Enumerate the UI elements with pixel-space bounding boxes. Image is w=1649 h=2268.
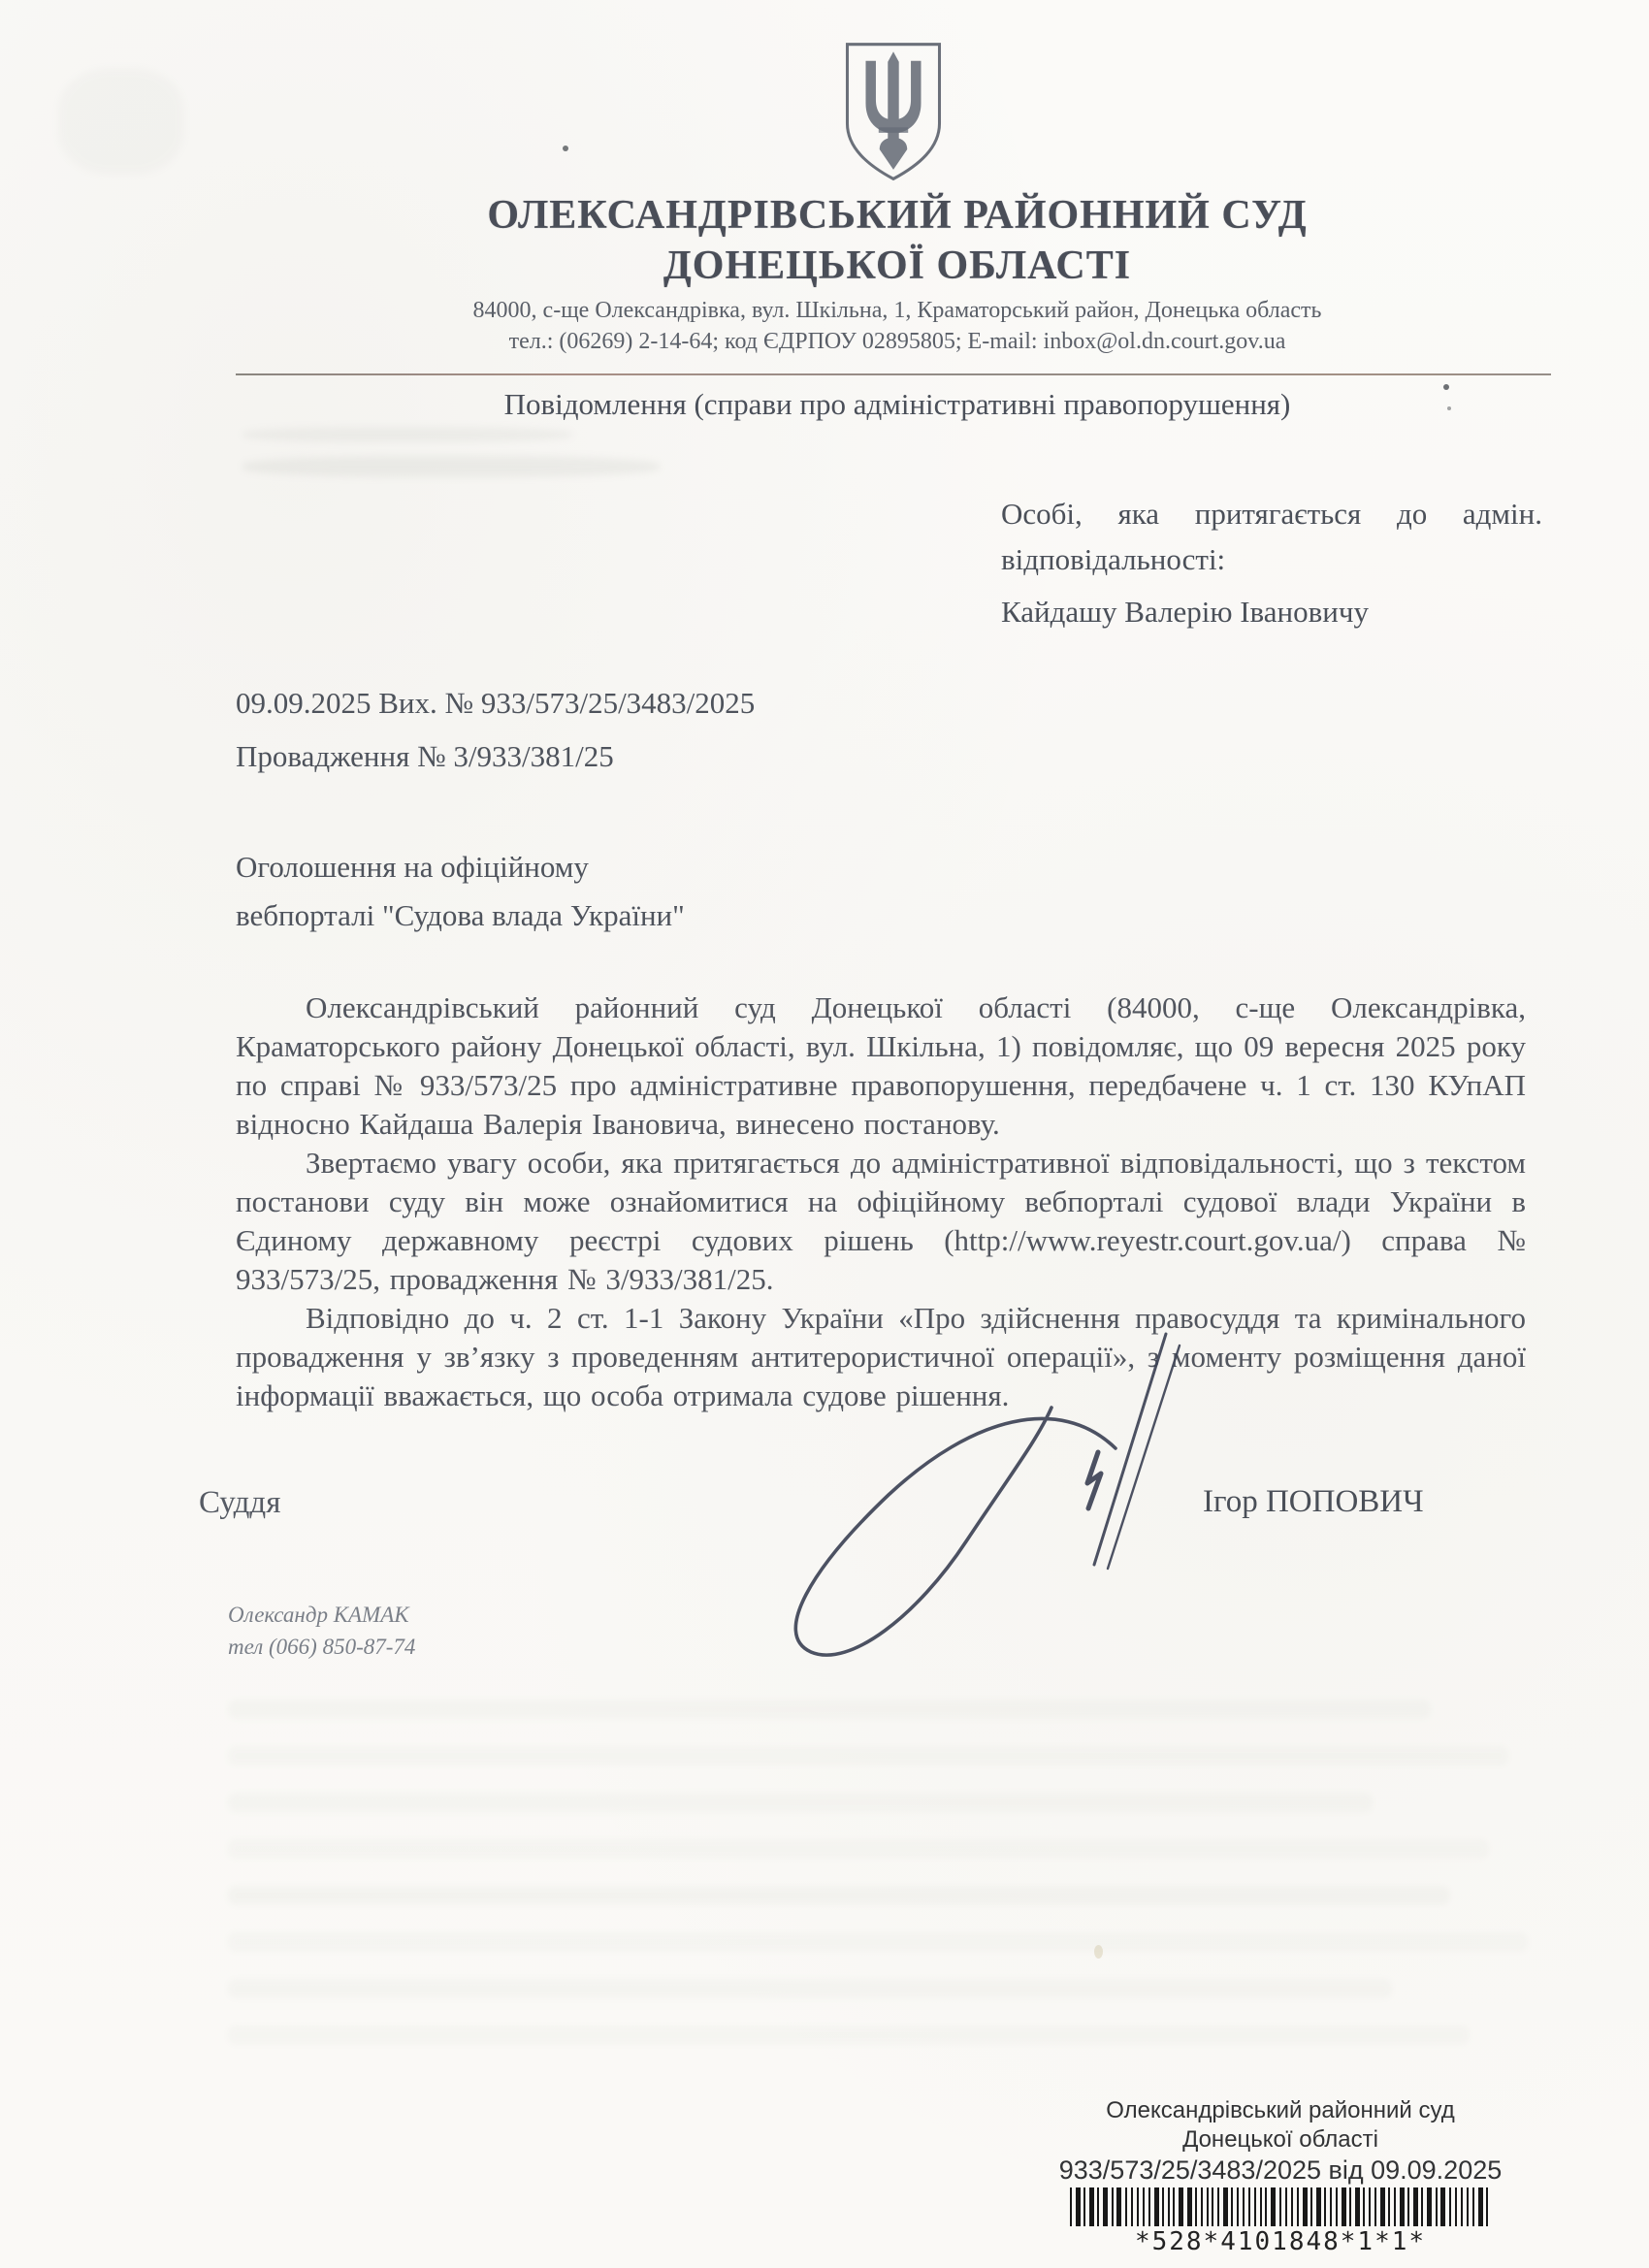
recipient-label: Особі, яка притягається до адмін. відпов… [1001, 491, 1542, 582]
handwritten-signature-icon [718, 1324, 1183, 1659]
publication-note: Оголошення на офіційному вебпорталі "Суд… [236, 843, 685, 940]
body-paragraph-2: Звертаємо увагу особи, яка притягається … [236, 1144, 1526, 1299]
scanned-document-page: ОЛЕКСАНДРІВСЬКИЙ РАЙОННИЙ СУД ДОНЕЦЬКОЇ … [0, 0, 1649, 2268]
stamp-case-line: 933/573/25/3483/2025 від 09.09.2025 [1023, 2155, 1537, 2186]
assistant-name: Олександр КАМАК [228, 1599, 415, 1631]
court-address: 84000, с-ще Олександрівка, вул. Шкільна,… [145, 298, 1649, 324]
scan-speck [1447, 406, 1451, 410]
stamp-court-line1: Олександрівський районний суд [1023, 2096, 1537, 2125]
judge-name: Ігор ПОПОВИЧ [1203, 1484, 1424, 1520]
reference-block: 09.09.2025 Вих. № 933/573/25/3483/2025 П… [236, 676, 755, 783]
barcode-text: *528*4101848*1*1* [1023, 2227, 1537, 2256]
reference-proceeding-line: Провадження № 3/933/381/25 [236, 729, 755, 783]
assistant-block: Олександр КАМАК тел (066) 850-87-74 [228, 1599, 415, 1663]
document-title: Повідомлення (справи про адміністративні… [145, 387, 1649, 422]
header-divider [236, 373, 1551, 375]
footer-stamp: Олександрівський районний суд Донецької … [1023, 2096, 1537, 2256]
stamp-court-line2: Донецької області [1023, 2125, 1537, 2155]
scan-smudge [242, 427, 572, 442]
reference-date-line: 09.09.2025 Вих. № 933/573/25/3483/2025 [236, 676, 755, 729]
publication-note-line1: Оголошення на офіційному [236, 843, 685, 891]
court-name-line1: ОЛЕКСАНДРІВСЬКИЙ РАЙОННИЙ СУД [145, 192, 1649, 239]
judge-role-label: Суддя [199, 1485, 280, 1521]
scan-smudge [242, 456, 660, 477]
assistant-phone: тел (066) 850-87-74 [228, 1631, 415, 1663]
recipient-name: Кайдашу Валерію Івановичу [1001, 589, 1542, 634]
recipient-block: Особі, яка притягається до адмін. відпов… [1001, 491, 1542, 634]
scan-speck [1443, 384, 1449, 390]
ukraine-trident-emblem-icon [836, 39, 951, 186]
publication-note-line2: вебпорталі "Судова влада України" [236, 891, 685, 940]
body-paragraph-1: Олександрівський районний суд Донецької … [236, 988, 1526, 1144]
scan-speck [563, 146, 568, 151]
court-contacts: тел.: (06269) 2-14-64; код ЄДРПОУ 028958… [145, 329, 1649, 355]
barcode [1023, 2187, 1537, 2226]
scan-smudge [58, 68, 184, 175]
court-name-line2: ДОНЕЦЬКОЇ ОБЛАСТІ [145, 243, 1649, 289]
